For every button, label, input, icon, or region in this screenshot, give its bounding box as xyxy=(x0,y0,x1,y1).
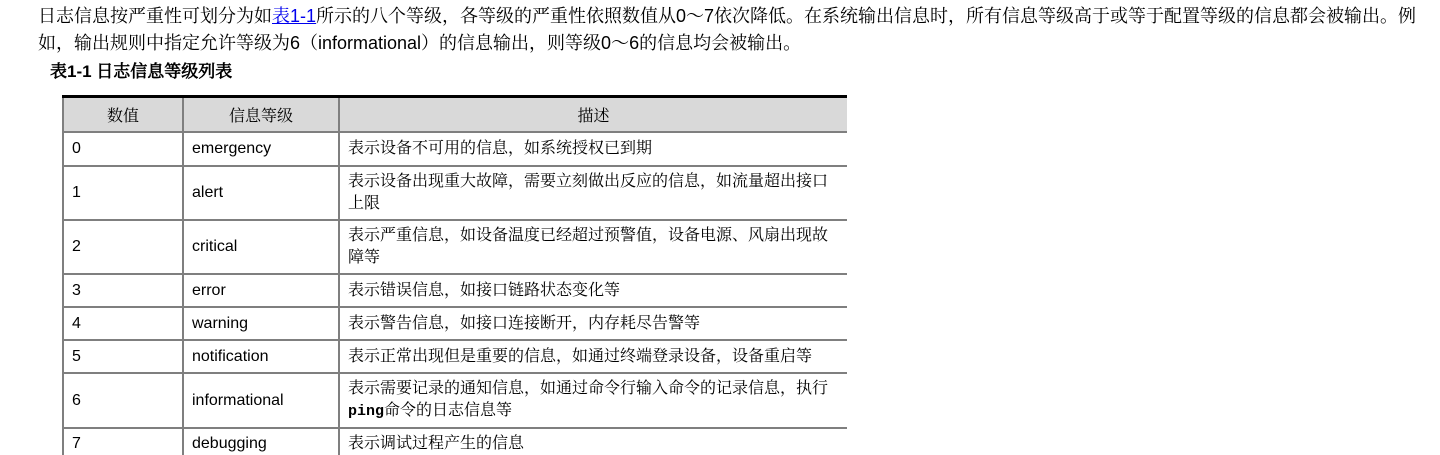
cell-description: 表示需要记录的通知信息，如通过命令行输入命令的记录信息，执行ping命令的日志信… xyxy=(339,373,847,428)
table-row: 3error表示错误信息，如接口链路状态变化等 xyxy=(63,274,847,307)
table-1-1-link[interactable]: 表1-1 xyxy=(272,6,316,26)
cell-level: emergency xyxy=(183,132,339,166)
column-header-value: 数值 xyxy=(63,97,183,133)
description-text: 表示错误信息，如接口链路状态变化等 xyxy=(348,282,620,299)
cell-description: 表示错误信息，如接口链路状态变化等 xyxy=(339,274,847,307)
table-header-row: 数值 信息等级 描述 xyxy=(63,97,847,133)
cell-description: 表示警告信息，如接口连接断开，内存耗尽告警等 xyxy=(339,307,847,340)
description-text: 表示调试过程产生的信息 xyxy=(348,435,524,452)
description-text: 表示需要记录的通知信息，如通过命令行输入命令的记录信息，执行 xyxy=(348,380,828,397)
cell-level: alert xyxy=(183,166,339,220)
table-row: 1alert表示设备出现重大故障，需要立刻做出反应的信息，如流量超出接口上限 xyxy=(63,166,847,220)
cell-level: warning xyxy=(183,307,339,340)
description-text: 表示严重信息，如设备温度已经超过预警值，设备电源、风扇出现故障等 xyxy=(348,227,828,266)
cell-value: 7 xyxy=(63,428,183,455)
table-row: 0emergency表示设备不可用的信息，如系统授权已到期 xyxy=(63,132,847,166)
cell-description: 表示调试过程产生的信息 xyxy=(339,428,847,455)
table-body: 0emergency表示设备不可用的信息，如系统授权已到期1alert表示设备出… xyxy=(63,132,847,455)
log-level-table: 数值 信息等级 描述 0emergency表示设备不可用的信息，如系统授权已到期… xyxy=(62,95,847,455)
table-row: 2critical表示严重信息，如设备温度已经超过预警值，设备电源、风扇出现故障… xyxy=(63,220,847,274)
description-text: 表示正常出现但是重要的信息，如通过终端登录设备，设备重启等 xyxy=(348,348,812,365)
description-text: 表示设备不可用的信息，如系统授权已到期 xyxy=(348,140,652,157)
cell-level: error xyxy=(183,274,339,307)
column-header-level: 信息等级 xyxy=(183,97,339,133)
cell-description: 表示正常出现但是重要的信息，如通过终端登录设备，设备重启等 xyxy=(339,340,847,373)
table-row: 5notification表示正常出现但是重要的信息，如通过终端登录设备，设备重… xyxy=(63,340,847,373)
table-row: 4warning表示警告信息，如接口连接断开，内存耗尽告警等 xyxy=(63,307,847,340)
cell-value: 4 xyxy=(63,307,183,340)
description-text: 命令的日志信息等 xyxy=(384,402,512,419)
cell-level: informational xyxy=(183,373,339,428)
cell-description: 表示设备不可用的信息，如系统授权已到期 xyxy=(339,132,847,166)
cell-level: notification xyxy=(183,340,339,373)
intro-paragraph: 日志信息按严重性可划分为如表1-1所示的八个等级，各等级的严重性依照数值从0～7… xyxy=(38,3,1436,57)
cell-description: 表示设备出现重大故障，需要立刻做出反应的信息，如流量超出接口上限 xyxy=(339,166,847,220)
cell-level: critical xyxy=(183,220,339,274)
table-caption: 表1-1 日志信息等级列表 xyxy=(50,61,232,83)
cell-value: 1 xyxy=(63,166,183,220)
cell-value: 6 xyxy=(63,373,183,428)
cell-level: debugging xyxy=(183,428,339,455)
description-text: 表示警告信息，如接口连接断开，内存耗尽告警等 xyxy=(348,315,700,332)
cell-description: 表示严重信息，如设备温度已经超过预警值，设备电源、风扇出现故障等 xyxy=(339,220,847,274)
cell-value: 3 xyxy=(63,274,183,307)
cell-value: 2 xyxy=(63,220,183,274)
description-text: 表示设备出现重大故障，需要立刻做出反应的信息，如流量超出接口上限 xyxy=(348,173,828,212)
cell-value: 5 xyxy=(63,340,183,373)
inline-command-text: ping xyxy=(348,403,384,420)
intro-text-before-link: 日志信息按严重性可划分为如 xyxy=(38,6,272,26)
cell-value: 0 xyxy=(63,132,183,166)
table-row: 6informational表示需要记录的通知信息，如通过命令行输入命令的记录信… xyxy=(63,373,847,428)
table-row: 7debugging表示调试过程产生的信息 xyxy=(63,428,847,455)
column-header-description: 描述 xyxy=(339,97,847,133)
